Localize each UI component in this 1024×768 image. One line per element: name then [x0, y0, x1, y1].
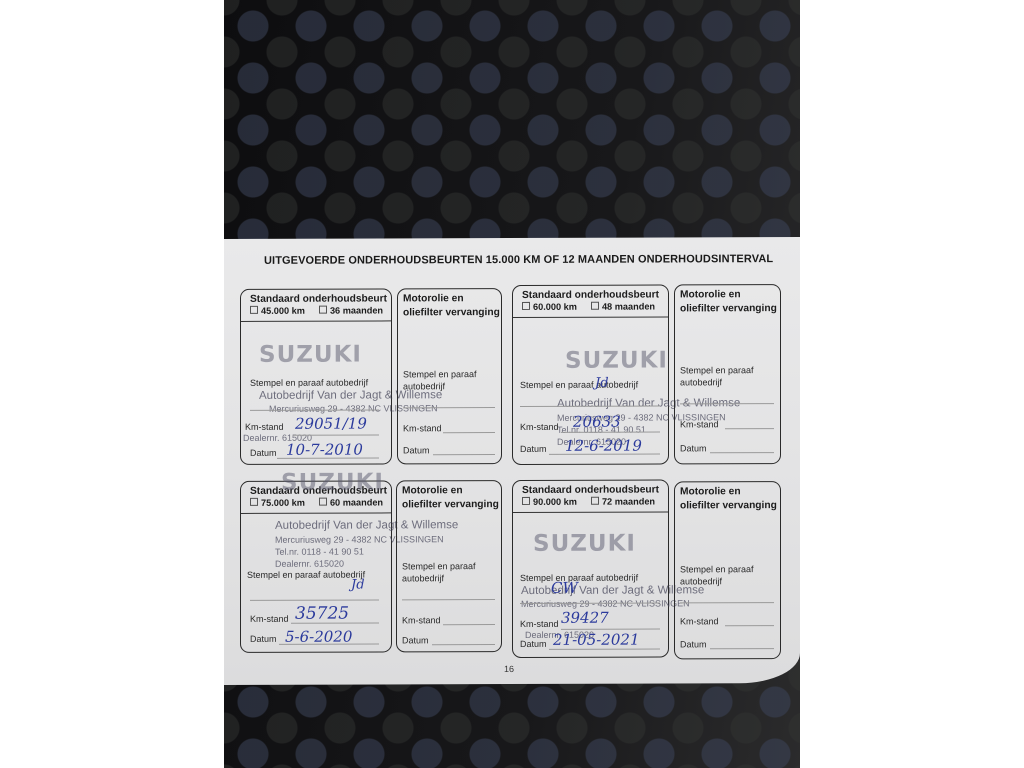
handwritten-date: 10-7-2010 [286, 441, 363, 459]
checkbox-icon [250, 498, 258, 506]
oil-heading-1: Motorolie en [675, 482, 780, 498]
date-label: Datum [520, 639, 547, 649]
stamp-label-2: autobedrijf [680, 377, 722, 387]
service-box-75000: Standaard onderhoudsbeurt 75.000 km 60 m… [240, 480, 392, 653]
date-line [549, 648, 660, 649]
checkbox-icon [319, 498, 327, 506]
stamp-label: Stempel en paraaf autobedrijf [520, 573, 638, 583]
service-heading: Standaard onderhoudsbeurt [513, 285, 668, 302]
checkbox-icon [591, 302, 599, 310]
oil-heading-1: Motorolie en [398, 289, 501, 305]
km-label: Km-stand [680, 616, 719, 626]
km-line [293, 434, 379, 435]
divider [513, 316, 668, 318]
km-option: 90.000 km [522, 497, 577, 507]
handwritten-initials: Jd [595, 376, 609, 391]
signature-line [402, 599, 495, 600]
suzuki-stamp-logo: SUZUKI [281, 469, 384, 495]
service-heading: Standaard onderhoudsbeurt [513, 480, 668, 497]
page-number: 16 [504, 664, 514, 674]
signature-line [250, 599, 379, 600]
date-label: Datum [250, 448, 277, 458]
checkbox-icon [522, 497, 530, 505]
date-line [279, 643, 379, 644]
handwritten-initials: Jd [351, 578, 365, 593]
signature-line [680, 602, 774, 603]
stamp-label-2: autobedrijf [680, 576, 722, 586]
oil-heading-1: Motorolie en [675, 285, 780, 301]
suzuki-stamp-logo: SUZUKI [533, 531, 636, 557]
oil-heading-2: oliefilter vervanging [675, 498, 780, 512]
km-line [725, 625, 774, 626]
signature-line [403, 407, 495, 408]
km-line [443, 624, 495, 625]
service-box-60000: Standaard onderhoudsbeurt 60.000 km 48 m… [512, 284, 669, 465]
km-label: Km-stand [680, 419, 719, 429]
oil-heading-1: Motorolie en [397, 481, 501, 497]
suzuki-stamp-logo: SUZUKI [565, 347, 668, 373]
stamp-label-1: Stempel en paraaf [680, 365, 754, 375]
km-label: Km-stand [520, 422, 559, 432]
stamp-label: Stempel en paraaf autobedrijf [247, 570, 365, 580]
handwritten-date: 12-6-2019 [565, 437, 642, 455]
oil-heading-2: oliefilter vervanging [397, 497, 501, 511]
handwritten-km: 39427 [561, 609, 609, 627]
divider [513, 511, 668, 513]
date-line [277, 457, 379, 458]
checkbox-icon [250, 306, 258, 314]
handwritten-km: 20633 [573, 413, 621, 431]
km-line [725, 428, 774, 429]
months-option: 36 maanden [319, 305, 383, 315]
oil-box-75000: Motorolie en oliefilter vervanging Stemp… [396, 480, 502, 652]
stamp-label-1: Stempel en paraaf [402, 561, 476, 571]
handwritten-km: 29051/19 [295, 415, 367, 433]
date-line [549, 453, 660, 454]
date-line [432, 644, 495, 645]
service-box-90000: Standaard onderhoudsbeurt 90.000 km 72 m… [512, 479, 669, 658]
km-label: Km-stand [245, 422, 284, 432]
km-line [443, 432, 495, 433]
km-label: Km-stand [403, 423, 442, 433]
date-line [710, 452, 774, 453]
date-label: Datum [402, 635, 429, 645]
km-option: 75.000 km [250, 498, 305, 508]
date-label: Datum [680, 443, 707, 453]
photo-background: UITGEVOERDE ONDERHOUDSBEURTEN 15.000 KM … [224, 0, 800, 768]
date-label: Datum [250, 634, 277, 644]
date-line [433, 454, 495, 455]
months-option: 60 maanden [319, 497, 383, 507]
km-line [291, 622, 379, 623]
km-option: 45.000 km [250, 306, 305, 316]
stamp-label-1: Stempel en paraaf [403, 369, 477, 379]
oil-box-45000: Motorolie en oliefilter vervanging Stemp… [397, 288, 502, 464]
oil-box-60000: Motorolie en oliefilter vervanging Stemp… [674, 284, 781, 464]
km-label: Km-stand [520, 619, 559, 629]
suzuki-stamp-logo: SUZUKI [259, 342, 362, 368]
service-heading: Standaard onderhoudsbeurt [241, 289, 391, 306]
service-box-45000: Standaard onderhoudsbeurt 45.000 km 36 m… [240, 288, 392, 465]
stamp-label-1: Stempel en paraaf [680, 564, 754, 574]
date-label: Datum [680, 639, 707, 649]
oil-box-90000: Motorolie en oliefilter vervanging Stemp… [674, 481, 781, 659]
km-line [561, 628, 660, 629]
stamp-dealer: Dealernr. 615020 [275, 558, 344, 570]
months-option: 72 maanden [591, 497, 655, 507]
km-label: Km-stand [402, 615, 441, 625]
signature-line [680, 403, 774, 404]
date-label: Datum [403, 445, 430, 455]
date-line [710, 648, 774, 649]
handwritten-km: 35725 [295, 604, 349, 624]
handwritten-initials: CW [551, 579, 578, 597]
stamp-label: Stempel en paraaf autobedrijf [520, 380, 638, 390]
divider [241, 320, 391, 322]
stamp-label: Stempel en paraaf autobedrijf [250, 378, 368, 388]
handwritten-date: 21-05-2021 [553, 631, 639, 649]
page-title: UITGEVOERDE ONDERHOUDSBEURTEN 15.000 KM … [264, 253, 784, 267]
date-label: Datum [520, 444, 547, 454]
km-label: Km-stand [250, 614, 289, 624]
oil-heading-2: oliefilter vervanging [675, 301, 780, 315]
km-option: 60.000 km [522, 302, 577, 312]
maintenance-booklet-page: UITGEVOERDE ONDERHOUDSBEURTEN 15.000 KM … [224, 237, 800, 685]
divider [241, 512, 391, 514]
checkbox-icon [522, 302, 530, 310]
checkbox-icon [319, 306, 327, 314]
stamp-phone: Tel.nr. 0118 - 41 90 51 [275, 546, 364, 558]
months-option: 48 maanden [591, 302, 655, 312]
stamp-label-2: autobedrijf [402, 573, 444, 583]
oil-heading-2: oliefilter vervanging [398, 305, 501, 319]
stamp-label-2: autobedrijf [403, 381, 445, 391]
checkbox-icon [591, 497, 599, 505]
